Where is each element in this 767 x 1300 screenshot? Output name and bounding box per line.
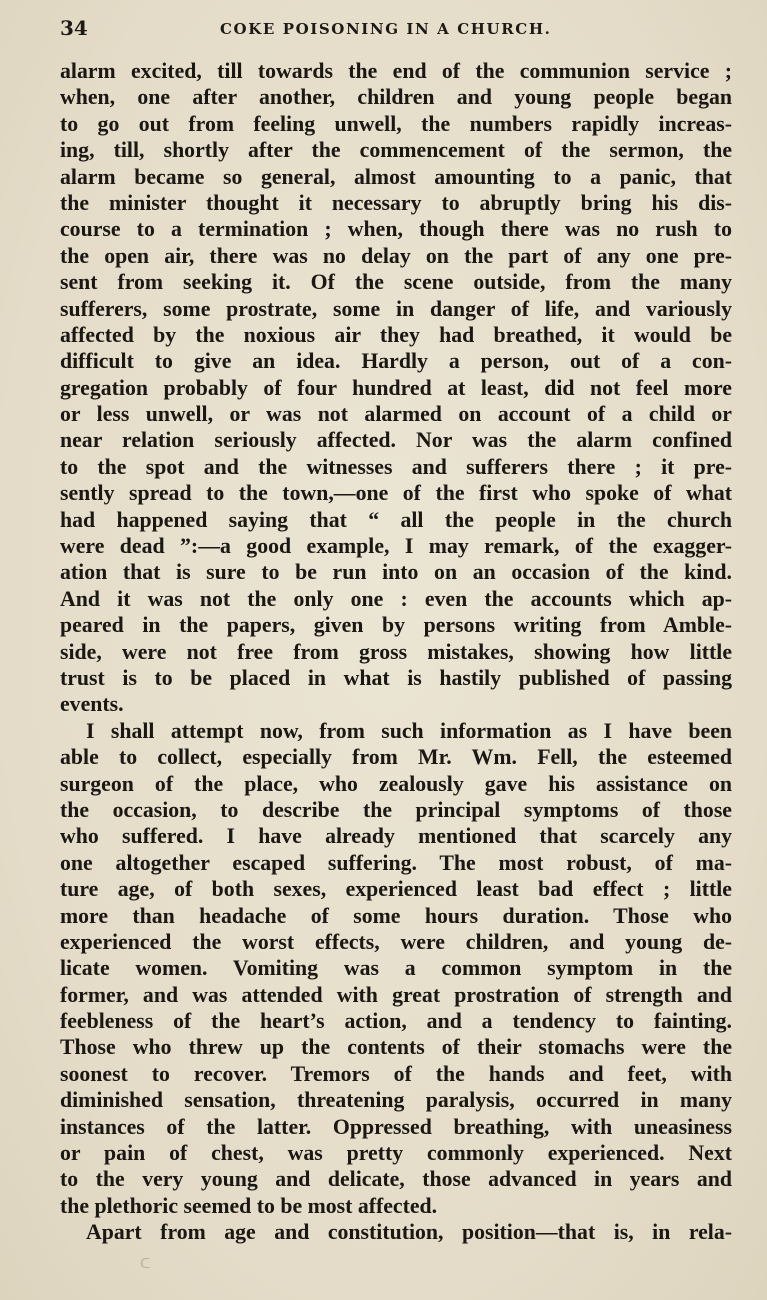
text-line: alarm became so general, almost amountin… — [60, 164, 732, 190]
text-line: peared in the papers, given by persons w… — [60, 612, 732, 638]
paper-blemish: ᑕ — [140, 1256, 150, 1272]
text-line: affected by the noxious air they had bre… — [60, 322, 732, 348]
text-line: one altogether escaped suffering. The mo… — [60, 850, 732, 876]
text-line: to the spot and the witnesses and suffer… — [60, 454, 732, 480]
text-line: or pain of chest, was pretty commonly ex… — [60, 1140, 732, 1166]
text-line: to the very young and delicate, those ad… — [60, 1166, 732, 1192]
text-line: who suffered. I have already mentioned t… — [60, 823, 732, 849]
text-line: the occasion, to describe the principal … — [60, 797, 732, 823]
text-line: experienced the worst effects, were chil… — [60, 929, 732, 955]
text-line: difficult to give an idea. Hardly a pers… — [60, 348, 732, 374]
body-text: alarm excited, till towards the end of t… — [60, 58, 732, 1246]
text-line: feebleness of the heart’s action, and a … — [60, 1008, 732, 1034]
text-line: Those who threw up the contents of their… — [60, 1034, 732, 1060]
text-line: or less unwell, or was not alarmed on ac… — [60, 401, 732, 427]
paragraph-2: I shall attempt now, from such informati… — [60, 718, 732, 1219]
text-line: the minister thought it necessary to abr… — [60, 190, 732, 216]
text-line: I shall attempt now, from such informati… — [60, 718, 732, 744]
text-line: sent from seeking it. Of the scene outsi… — [60, 269, 732, 295]
text-line: sently spread to the town,—one of the fi… — [60, 480, 732, 506]
text-line: Apart from age and constitution, positio… — [60, 1219, 732, 1245]
text-line: course to a termination ; when, though t… — [60, 216, 732, 242]
text-line: And it was not the only one : even the a… — [60, 586, 732, 612]
text-line: soonest to recover. Tremors of the hands… — [60, 1061, 732, 1087]
text-line: instances of the latter. Oppressed breat… — [60, 1114, 732, 1140]
text-line: gregation probably of four hundred at le… — [60, 375, 732, 401]
running-head: 34 COKE POISONING IN A CHURCH. — [60, 16, 734, 46]
paragraph-1: alarm excited, till towards the end of t… — [60, 58, 732, 718]
text-line: were dead ”:—a good example, I may remar… — [60, 533, 732, 559]
text-line: had happened saying that “ all the peopl… — [60, 507, 732, 533]
text-line: licate women. Vomiting was a common symp… — [60, 955, 732, 981]
text-line: near relation seriously affected. Nor wa… — [60, 427, 732, 453]
text-line: side, were not free from gross mistakes,… — [60, 639, 732, 665]
text-line: surgeon of the place, who zealously gave… — [60, 771, 732, 797]
text-line: to go out from feeling unwell, the numbe… — [60, 111, 732, 137]
book-page: 34 COKE POISONING IN A CHURCH. alarm exc… — [0, 0, 767, 1300]
text-line: the plethoric seemed to be most affected… — [60, 1193, 732, 1219]
text-line: more than headache of some hours duratio… — [60, 903, 732, 929]
text-line: former, and was attended with great pros… — [60, 982, 732, 1008]
text-line: alarm excited, till towards the end of t… — [60, 58, 732, 84]
text-line: the open air, there was no delay on the … — [60, 243, 732, 269]
text-line: sufferers, some prostrate, some in dange… — [60, 296, 732, 322]
text-line: able to collect, especially from Mr. Wm.… — [60, 744, 732, 770]
text-line: when, one after another, children and yo… — [60, 84, 732, 110]
text-line: ing, till, shortly after the commencemen… — [60, 137, 732, 163]
text-line: events. — [60, 691, 732, 717]
text-line: ation that is sure to be run into on an … — [60, 559, 732, 585]
page-number: 34 — [60, 16, 88, 40]
text-line: diminished sensation, threatening paraly… — [60, 1087, 732, 1113]
text-line: trust is to be placed in what is hastily… — [60, 665, 732, 691]
paragraph-3: Apart from age and constitution, positio… — [60, 1219, 732, 1245]
text-line: ture age, of both sexes, experienced lea… — [60, 876, 732, 902]
running-title: COKE POISONING IN A CHURCH. — [220, 20, 551, 38]
